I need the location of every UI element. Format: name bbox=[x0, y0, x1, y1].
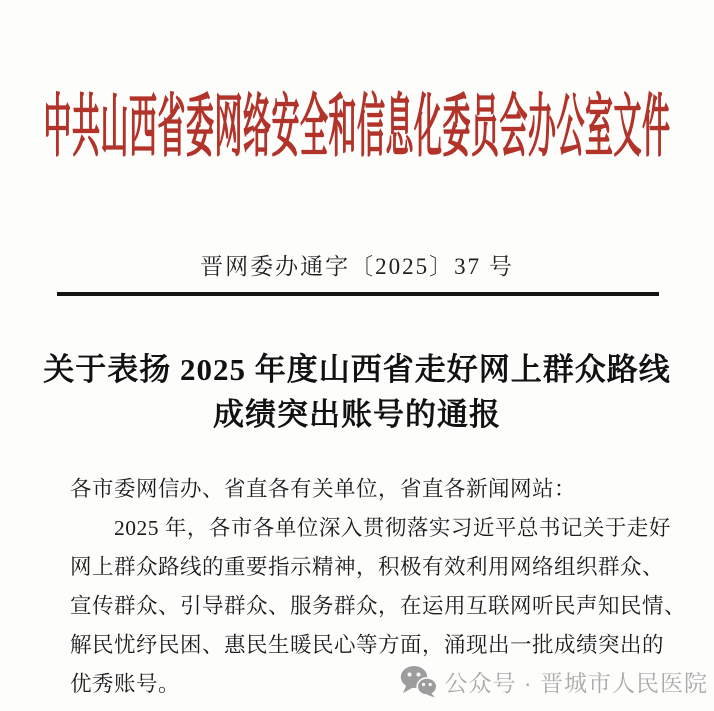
document-masthead: 中共山西省委网络安全和信息化委员会办公室文件 bbox=[0, 96, 714, 165]
paragraph-line: 宣传群众、引导群众、服务群众，在运用互联网听民声知民情、 bbox=[70, 587, 656, 626]
document-number: 晋网委办通字〔2025〕37 号 bbox=[0, 252, 714, 282]
document-page: 中共山西省委网络安全和信息化委员会办公室文件 晋网委办通字〔2025〕37 号 … bbox=[0, 0, 714, 711]
document-title-line-2: 成绩突出账号的通报 bbox=[0, 392, 714, 437]
wechat-icon bbox=[400, 665, 437, 698]
paragraph-line: 2025 年，各市各单位深入贯彻落实习近平总书记关于走好 bbox=[70, 509, 656, 548]
paragraph-line: 解民忧纾民困、惠民生暖民心等方面，涌现出一批成绩突出的 bbox=[70, 626, 656, 665]
document-title-line-1: 关于表扬 2025 年度山西省走好网上群众路线 bbox=[0, 347, 714, 392]
header-divider-rule bbox=[57, 292, 659, 296]
watermark-label: 公众号 · 晋城市人民医院 bbox=[445, 665, 708, 698]
wechat-watermark: 公众号 · 晋城市人民医院 bbox=[400, 665, 708, 698]
paragraph-line: 网上群众路线的重要指示精神，积极有效利用网络组织群众、 bbox=[70, 548, 656, 587]
document-title: 关于表扬 2025 年度山西省走好网上群众路线 成绩突出账号的通报 bbox=[0, 347, 714, 437]
salutation-line: 各市委网信办、省直各有关单位，省直各新闻网站： bbox=[70, 470, 656, 509]
